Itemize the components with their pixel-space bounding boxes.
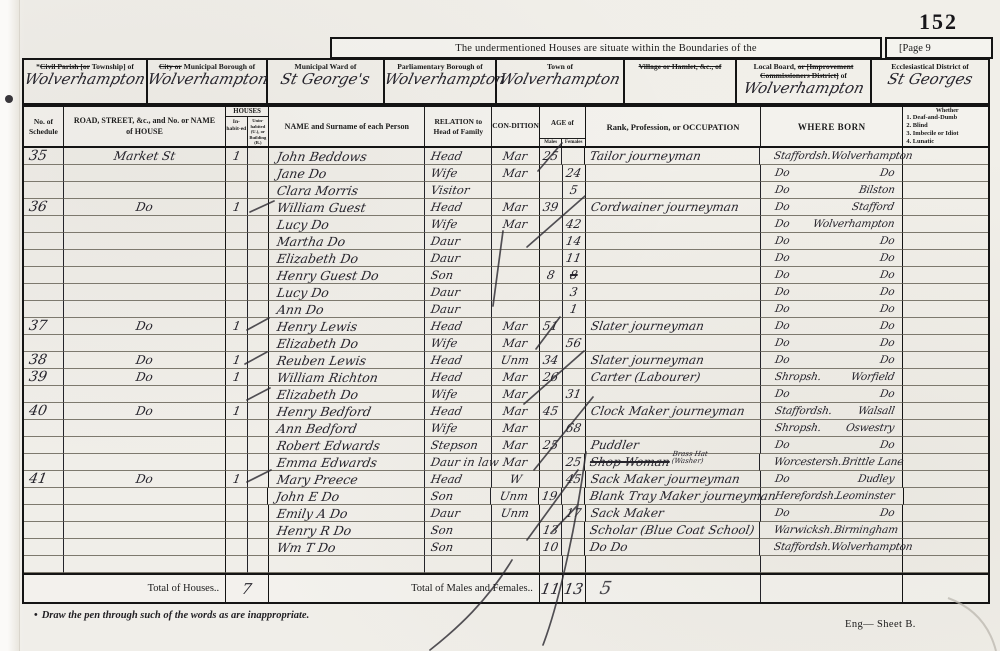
occupation-value: Slater journeyman bbox=[589, 319, 704, 333]
relation-value: Daur bbox=[430, 506, 461, 520]
person-name: John Beddows bbox=[275, 149, 367, 164]
born-county: Herefordsh. bbox=[773, 490, 837, 502]
relation-value: Daur in law bbox=[430, 455, 500, 469]
district-value-handwritten: Wolverhampton bbox=[385, 70, 495, 89]
houses-inhabited-value: 1 bbox=[232, 370, 242, 384]
person-name: William Guest bbox=[276, 200, 367, 215]
disability-cell bbox=[903, 369, 988, 386]
table-row: Elizabeth Do Daur 11 DoDo bbox=[24, 250, 988, 267]
born-county: Do bbox=[774, 235, 790, 247]
condition-value: Mar bbox=[502, 370, 529, 384]
disability-cell bbox=[903, 199, 988, 216]
age-female-value: 45 bbox=[565, 472, 583, 486]
relation-value: Wife bbox=[430, 387, 459, 401]
census-page-scan: 152 The undermentioned Houses are situat… bbox=[0, 0, 1000, 651]
occupation-value: Cordwainer journeyman bbox=[589, 200, 739, 214]
houses-uninhabited-value bbox=[248, 352, 269, 369]
header-whether-disability: Whether 1. Deaf-and-Dumb 2. Blind 3. Imb… bbox=[903, 107, 988, 146]
schedule-number: 37 bbox=[28, 318, 49, 335]
district-header-row: *Civil Parish [or Township] of Wolverham… bbox=[22, 58, 990, 105]
relation-value: Head bbox=[430, 353, 464, 367]
houses-uninhabited-value bbox=[248, 182, 269, 199]
disability-cell bbox=[903, 233, 988, 250]
born-county: Do bbox=[774, 473, 790, 485]
disability-cell bbox=[903, 165, 988, 182]
table-row: Lucy Do Wife Mar 42 DoWolverhampton bbox=[24, 216, 988, 233]
person-name: Henry Bedford bbox=[276, 404, 373, 419]
born-place: Do bbox=[879, 354, 895, 366]
occupation-value: Shop Woman bbox=[589, 455, 671, 469]
occupation-value: Slater journeyman bbox=[589, 353, 704, 367]
age-male-value: 13 bbox=[542, 523, 560, 537]
district-cell: Local Board, or [Improvement Commissione… bbox=[737, 58, 872, 105]
disability-cell bbox=[903, 216, 988, 233]
houses-uninhabited-value bbox=[248, 233, 269, 250]
houses-uninhabited-value bbox=[248, 165, 269, 182]
relation-value: Head bbox=[430, 472, 464, 486]
relation-value: Daur bbox=[430, 251, 461, 265]
relation-value: Wife bbox=[430, 336, 459, 350]
condition-value: Mar bbox=[502, 404, 529, 418]
houses-uninhabited-value bbox=[248, 148, 269, 165]
houses-uninhabited-value bbox=[248, 522, 269, 539]
age-male-value: 51 bbox=[542, 319, 560, 333]
header-houses-title: HOUSES bbox=[226, 107, 268, 117]
born-county: Do bbox=[774, 303, 790, 315]
district-cell: Ecclesiastical District of St Georges bbox=[872, 58, 990, 105]
relation-value: Wife bbox=[430, 166, 459, 180]
header-where-born: WHERE BORN bbox=[761, 107, 903, 146]
header-relation: RELATION to Head of Family bbox=[425, 107, 492, 146]
relation-value: Son bbox=[429, 489, 454, 503]
age-male-value: 26 bbox=[542, 370, 560, 384]
table-row: Wm T Do Son 10 Do Do Staffordsh.Wolverha… bbox=[24, 539, 988, 556]
condition-value: Mar bbox=[502, 438, 529, 452]
born-county: Shropsh. bbox=[774, 371, 822, 383]
condition-value: Unm bbox=[499, 489, 529, 503]
table-row: 41 Do 1 Mary Preece Head W 45 Sack Maker… bbox=[24, 471, 988, 488]
age-female-value: 11 bbox=[565, 251, 583, 265]
district-cell: Village or Hamlet, &c., of bbox=[625, 58, 737, 105]
born-place: Wolverhampton bbox=[812, 218, 895, 230]
born-county: Staffordsh. bbox=[774, 405, 833, 417]
disability-cell bbox=[903, 352, 988, 369]
occupation-value: Sack Maker bbox=[589, 506, 664, 520]
houses-uninhabited-value bbox=[248, 437, 269, 454]
person-name: Ann Do bbox=[276, 302, 325, 317]
header-name: NAME and Surname of each Person bbox=[269, 107, 425, 146]
header-occupation: Rank, Profession, or OCCUPATION bbox=[586, 107, 761, 146]
person-name: Martha Do bbox=[276, 234, 347, 249]
header-age-females: Females bbox=[562, 139, 584, 146]
pen-scrawl: 5 bbox=[598, 578, 613, 599]
houses-uninhabited-value bbox=[248, 454, 269, 471]
district-label: Local Board, or [Improvement Commissione… bbox=[737, 60, 870, 80]
condition-value: Unm bbox=[500, 353, 530, 367]
born-place: Do bbox=[879, 235, 895, 247]
houses-inhabited-value: 1 bbox=[232, 319, 242, 333]
road-street-value: Do bbox=[135, 404, 154, 418]
person-name: Henry Lewis bbox=[276, 319, 359, 334]
condition-value: Mar bbox=[502, 336, 529, 350]
disability-cell bbox=[903, 454, 988, 471]
header-road: ROAD, STREET, &c., and No. or NAME of HO… bbox=[64, 107, 226, 146]
schedule-number: 38 bbox=[28, 352, 49, 369]
schedule-number: 39 bbox=[28, 369, 49, 386]
houses-inhabited-value: 1 bbox=[232, 472, 242, 486]
born-county: Do bbox=[774, 269, 790, 281]
age-male-value: 39 bbox=[542, 200, 560, 214]
road-street-value: Do bbox=[135, 319, 154, 333]
district-value-handwritten: St George's bbox=[268, 70, 383, 89]
born-county: Do bbox=[774, 320, 790, 332]
condition-value: Mar bbox=[502, 200, 529, 214]
age-male-value: 25 bbox=[542, 438, 560, 452]
occupation-value: Puddler bbox=[589, 438, 639, 452]
houses-uninhabited-value bbox=[248, 369, 269, 386]
born-county: Worcestersh. bbox=[773, 456, 843, 468]
table-row: Robert Edwards Stepson Mar 25 Puddler Do… bbox=[24, 437, 988, 454]
houses-uninhabited-value bbox=[248, 199, 269, 216]
houses-inhabited-value: 1 bbox=[232, 200, 242, 214]
person-name: Henry R Do bbox=[275, 523, 352, 538]
schedule-number: 35 bbox=[28, 148, 49, 165]
houses-uninhabited-value bbox=[248, 250, 269, 267]
houses-uninhabited-value bbox=[248, 386, 269, 403]
table-row: Henry Guest Do Son 8 8 DoDo bbox=[24, 267, 988, 284]
age-female-value: 5 bbox=[569, 183, 579, 197]
age-female-value: 14 bbox=[565, 234, 583, 248]
born-place: Do bbox=[879, 337, 895, 349]
relation-value: Son bbox=[430, 523, 455, 537]
occupation-annotation: Brass Hat (Washer) bbox=[671, 451, 719, 466]
table-row: Jane Do Wife Mar 24 DoDo bbox=[24, 165, 988, 182]
born-county: Do bbox=[774, 507, 790, 519]
houses-uninhabited-value bbox=[248, 539, 269, 556]
condition-value: W bbox=[508, 472, 522, 486]
road-street-value: Do bbox=[135, 472, 154, 486]
houses-uninhabited-value bbox=[248, 488, 269, 505]
person-name: Wm T Do bbox=[275, 540, 336, 555]
age-male-value: 45 bbox=[542, 404, 560, 418]
occupation-value: Scholar (Blue Coat School) bbox=[589, 523, 756, 537]
disability-cell bbox=[904, 488, 988, 505]
table-row: 35 Market St 1 John Beddows Head Mar 25 … bbox=[24, 148, 988, 165]
age-female-value: 1 bbox=[569, 302, 579, 316]
person-name: Elizabeth Do bbox=[276, 387, 360, 402]
condition-value: Mar bbox=[502, 319, 529, 333]
houses-uninhabited-value bbox=[248, 335, 269, 352]
footnote: •Draw the pen through such of the words … bbox=[34, 610, 309, 621]
condition-value: Unm bbox=[500, 506, 530, 520]
table-row: 40 Do 1 Henry Bedford Head Mar 45 Clock … bbox=[24, 403, 988, 420]
houses-uninhabited-value bbox=[248, 301, 269, 318]
houses-uninhabited-value bbox=[248, 267, 269, 284]
age-female-value: 3 bbox=[569, 285, 579, 299]
born-place: Walsall bbox=[857, 405, 896, 417]
born-county: Shropsh. bbox=[774, 422, 822, 434]
born-county: Do bbox=[774, 388, 790, 400]
disability-cell bbox=[903, 250, 988, 267]
born-county: Do bbox=[774, 337, 790, 349]
disability-cell bbox=[903, 505, 988, 522]
totals-row: Total of Houses.. 7 Total of Males and F… bbox=[22, 573, 990, 604]
schedule-number: 41 bbox=[28, 471, 49, 488]
table-row: Elizabeth Do Wife Mar 31 DoDo bbox=[24, 386, 988, 403]
relation-value: Daur bbox=[430, 285, 461, 299]
person-name: Robert Edwards bbox=[276, 438, 382, 453]
person-name: John E Do bbox=[275, 489, 341, 504]
born-county: Do bbox=[774, 439, 790, 451]
totals-disability-cell bbox=[903, 575, 988, 602]
table-row: 37 Do 1 Henry Lewis Head Mar 51 Slater j… bbox=[24, 318, 988, 335]
born-place: Do bbox=[879, 286, 895, 298]
person-name: Clara Morris bbox=[276, 183, 360, 198]
age-male-value: 34 bbox=[542, 353, 560, 367]
occupation-value: Tailor journeyman bbox=[589, 149, 702, 163]
table-row: Ann Do Daur 1 DoDo bbox=[24, 301, 988, 318]
condition-value: Mar bbox=[502, 166, 529, 180]
born-place: Do bbox=[879, 167, 895, 179]
header-houses: HOUSES In-habit-ed Unin-habited (U.), or… bbox=[226, 107, 269, 146]
relation-value: Wife bbox=[430, 421, 459, 435]
table-header-row: No. of Schedule ROAD, STREET, &c., and N… bbox=[22, 105, 990, 148]
table-row: Emma Edwards Daur in law Mar 25 Shop Wom… bbox=[24, 454, 988, 471]
disability-cell bbox=[903, 301, 988, 318]
header-age-title: AGE of bbox=[540, 107, 585, 138]
table-row: John E Do Son Unm 19 Blank Tray Maker jo… bbox=[24, 488, 988, 505]
disability-cell bbox=[903, 522, 988, 539]
person-name: Elizabeth Do bbox=[276, 251, 360, 266]
person-name: Emily A Do bbox=[276, 506, 349, 521]
houses-uninhabited-value bbox=[248, 471, 269, 488]
person-name: Reuben Lewis bbox=[276, 353, 368, 368]
born-place: Oswestry bbox=[845, 422, 895, 434]
disability-cell bbox=[903, 182, 988, 199]
district-value-handwritten bbox=[625, 70, 735, 88]
disability-cell bbox=[903, 267, 988, 284]
header-age-males: Males bbox=[540, 139, 563, 146]
age-female-value: 24 bbox=[565, 166, 583, 180]
age-female-value: 31 bbox=[565, 387, 583, 401]
age-male-value: 10 bbox=[542, 540, 560, 554]
total-houses-value: 7 bbox=[241, 580, 254, 598]
relation-value: Wife bbox=[430, 217, 459, 231]
road-street-value: Do bbox=[135, 200, 154, 214]
born-county: Do bbox=[774, 184, 790, 196]
district-value-handwritten: Wolverhampton bbox=[737, 79, 870, 98]
houses-uninhabited-value bbox=[248, 556, 269, 573]
banner-row: The undermentioned Houses are situate wi… bbox=[330, 37, 993, 59]
born-county: Staffordsh. bbox=[773, 150, 832, 162]
disability-cell bbox=[903, 437, 988, 454]
houses-uninhabited-value bbox=[248, 216, 269, 233]
relation-value: Head bbox=[430, 370, 464, 384]
disability-cell bbox=[903, 148, 988, 165]
district-cell: City or Municipal Borough of Wolverhampt… bbox=[148, 58, 268, 105]
occupation-value: Do Do bbox=[589, 540, 629, 554]
born-place: Do bbox=[879, 320, 895, 332]
born-place: Worfield bbox=[850, 371, 895, 383]
relation-value: Son bbox=[430, 540, 455, 554]
road-street-value: Market St bbox=[113, 149, 177, 163]
born-place: Stafford bbox=[851, 201, 895, 213]
born-place: Do bbox=[879, 439, 895, 451]
disability-cell bbox=[903, 471, 988, 488]
person-name: Lucy Do bbox=[276, 217, 331, 232]
road-street-value: Do bbox=[135, 370, 154, 384]
table-row: Clara Morris Visitor 5 DoBilston bbox=[24, 182, 988, 199]
district-label: Village or Hamlet, &c., of bbox=[625, 60, 735, 71]
born-place: Do bbox=[879, 388, 895, 400]
table-row: 36 Do 1 William Guest Head Mar 39 Cordwa… bbox=[24, 199, 988, 216]
born-county: Warwicksh. bbox=[773, 524, 834, 536]
condition-value: Mar bbox=[502, 421, 529, 435]
header-condition: CON-DITION bbox=[492, 107, 540, 146]
born-place: Do bbox=[879, 269, 895, 281]
table-row: Lucy Do Daur 3 DoDo bbox=[24, 284, 988, 301]
banner-title: The undermentioned Houses are situate wi… bbox=[330, 37, 882, 59]
age-male-value: 19 bbox=[541, 489, 559, 503]
disability-cell bbox=[903, 386, 988, 403]
born-county: Do bbox=[774, 201, 790, 213]
born-county: Do bbox=[774, 167, 790, 179]
disability-cell bbox=[903, 403, 988, 420]
age-female-struck-value: 8 bbox=[569, 268, 579, 282]
born-place: Dudley bbox=[857, 473, 895, 485]
disability-cell bbox=[903, 318, 988, 335]
age-male-value: 25 bbox=[542, 149, 560, 163]
total-males-females-label: Total of Males and Females.. bbox=[269, 575, 540, 602]
person-name: Ann Bedford bbox=[276, 421, 358, 436]
district-value-handwritten: Wolverhampton bbox=[148, 70, 266, 89]
age-male-value: 8 bbox=[546, 268, 556, 282]
born-county: Do bbox=[774, 354, 790, 366]
relation-value: Daur bbox=[430, 234, 461, 248]
relation-value: Head bbox=[430, 149, 464, 163]
born-county: Do bbox=[774, 286, 790, 298]
total-houses-label: Total of Houses.. bbox=[24, 575, 226, 602]
relation-value: Daur bbox=[430, 302, 461, 316]
total-females-value: 13 bbox=[563, 580, 585, 598]
page-number: 152 bbox=[919, 9, 958, 35]
born-place: Leominster bbox=[835, 490, 896, 502]
person-name: Mary Preece bbox=[276, 472, 359, 487]
disability-cell bbox=[903, 420, 988, 437]
district-cell: Town of Wolverhampton bbox=[497, 58, 625, 105]
condition-value: Mar bbox=[502, 455, 529, 469]
relation-value: Stepson bbox=[430, 438, 479, 452]
born-place: Birmingham bbox=[833, 524, 899, 536]
road-street-value: Do bbox=[135, 353, 154, 367]
houses-uninhabited-value bbox=[248, 420, 269, 437]
occupation-value: Carter (Labourer) bbox=[589, 370, 701, 384]
relation-value: Head bbox=[430, 200, 464, 214]
occupation-value: Blank Tray Maker journeyman bbox=[588, 489, 776, 503]
houses-inhabited-value: 1 bbox=[231, 149, 241, 163]
schedule-number: 40 bbox=[28, 403, 49, 420]
houses-uninhabited-value bbox=[248, 403, 269, 420]
table-row: 39 Do 1 William Richton Head Mar 26 Cart… bbox=[24, 369, 988, 386]
table-row: Ann Bedford Wife Mar 68 Shropsh.Oswestry bbox=[24, 420, 988, 437]
header-age: AGE of Males Females bbox=[540, 107, 586, 146]
age-female-value: 42 bbox=[565, 217, 583, 231]
relation-value: Head bbox=[430, 404, 464, 418]
houses-uninhabited-value bbox=[248, 284, 269, 301]
person-name: William Richton bbox=[276, 370, 380, 385]
born-place: Brittle Lane bbox=[841, 456, 904, 468]
age-female-value: 68 bbox=[565, 421, 583, 435]
condition-value: Mar bbox=[502, 387, 529, 401]
condition-value: Mar bbox=[502, 217, 529, 231]
district-value-handwritten: St Georges bbox=[872, 70, 988, 89]
table-row: Emily A Do Daur Unm 17 Sack Maker DoDo bbox=[24, 505, 988, 522]
district-cell: Municipal Ward of St George's bbox=[268, 58, 385, 105]
disability-cell bbox=[903, 284, 988, 301]
person-name: Henry Guest Do bbox=[276, 268, 380, 283]
person-name: Emma Edwards bbox=[275, 455, 378, 470]
record-rows: 35 Market St 1 John Beddows Head Mar 25 … bbox=[22, 148, 990, 573]
relation-value: Son bbox=[430, 268, 455, 282]
total-males-value: 11 bbox=[540, 580, 562, 598]
relation-value: Visitor bbox=[430, 183, 471, 197]
occupation-value: Sack Maker journeyman bbox=[589, 472, 740, 486]
houses-inhabited-value: 1 bbox=[232, 404, 242, 418]
table-row: Elizabeth Do Wife Mar 56 DoDo bbox=[24, 335, 988, 352]
table-row bbox=[24, 556, 988, 573]
born-place: Do bbox=[879, 303, 895, 315]
houses-uninhabited-value bbox=[248, 318, 269, 335]
age-female-value: 17 bbox=[565, 506, 583, 520]
born-place: Do bbox=[879, 507, 895, 519]
houses-inhabited-value: 1 bbox=[232, 353, 242, 367]
page-label: [Page 9 bbox=[885, 37, 993, 59]
disability-cell bbox=[903, 335, 988, 352]
district-cell: Parliamentary Borough of Wolverhampton bbox=[385, 58, 497, 105]
person-name: Jane Do bbox=[276, 166, 328, 181]
relation-value: Head bbox=[430, 319, 464, 333]
born-county: Staffordsh. bbox=[773, 541, 832, 553]
sheet-label: Eng— Sheet B. bbox=[845, 619, 916, 630]
district-value-handwritten: Wolverhampton bbox=[497, 70, 623, 89]
born-place: Do bbox=[879, 252, 895, 264]
condition-value: Mar bbox=[502, 149, 529, 163]
born-place: Wolverhampton bbox=[830, 541, 913, 553]
district-value-handwritten: Wolverhampton bbox=[24, 70, 146, 89]
disability-cell bbox=[903, 539, 988, 556]
header-uninhabited: Unin-habited (U.), or Building (B.) bbox=[248, 117, 269, 146]
houses-uninhabited-value bbox=[248, 505, 269, 522]
born-county: Do bbox=[774, 252, 790, 264]
age-female-value: 56 bbox=[565, 336, 583, 350]
torn-paper-edge bbox=[0, 0, 20, 651]
disability-cell bbox=[903, 556, 988, 573]
schedule-number: 36 bbox=[28, 199, 49, 216]
person-name: Elizabeth Do bbox=[276, 336, 360, 351]
table-row: Henry R Do Son 13 Scholar (Blue Coat Sch… bbox=[24, 522, 988, 539]
header-schedule: No. of Schedule bbox=[24, 107, 64, 146]
born-place: Wolverhampton bbox=[830, 150, 913, 162]
table-row: 38 Do 1 Reuben Lewis Head Unm 34 Slater … bbox=[24, 352, 988, 369]
born-place: Bilston bbox=[858, 184, 896, 196]
district-cell: *Civil Parish [or Township] of Wolverham… bbox=[22, 58, 148, 105]
totals-born-cell bbox=[761, 575, 903, 602]
occupation-value: Clock Maker journeyman bbox=[589, 404, 745, 418]
age-female-value: 25 bbox=[565, 455, 583, 469]
person-name: Lucy Do bbox=[276, 285, 331, 300]
header-inhabited: In-habit-ed bbox=[226, 117, 248, 146]
born-county: Do bbox=[774, 218, 790, 230]
